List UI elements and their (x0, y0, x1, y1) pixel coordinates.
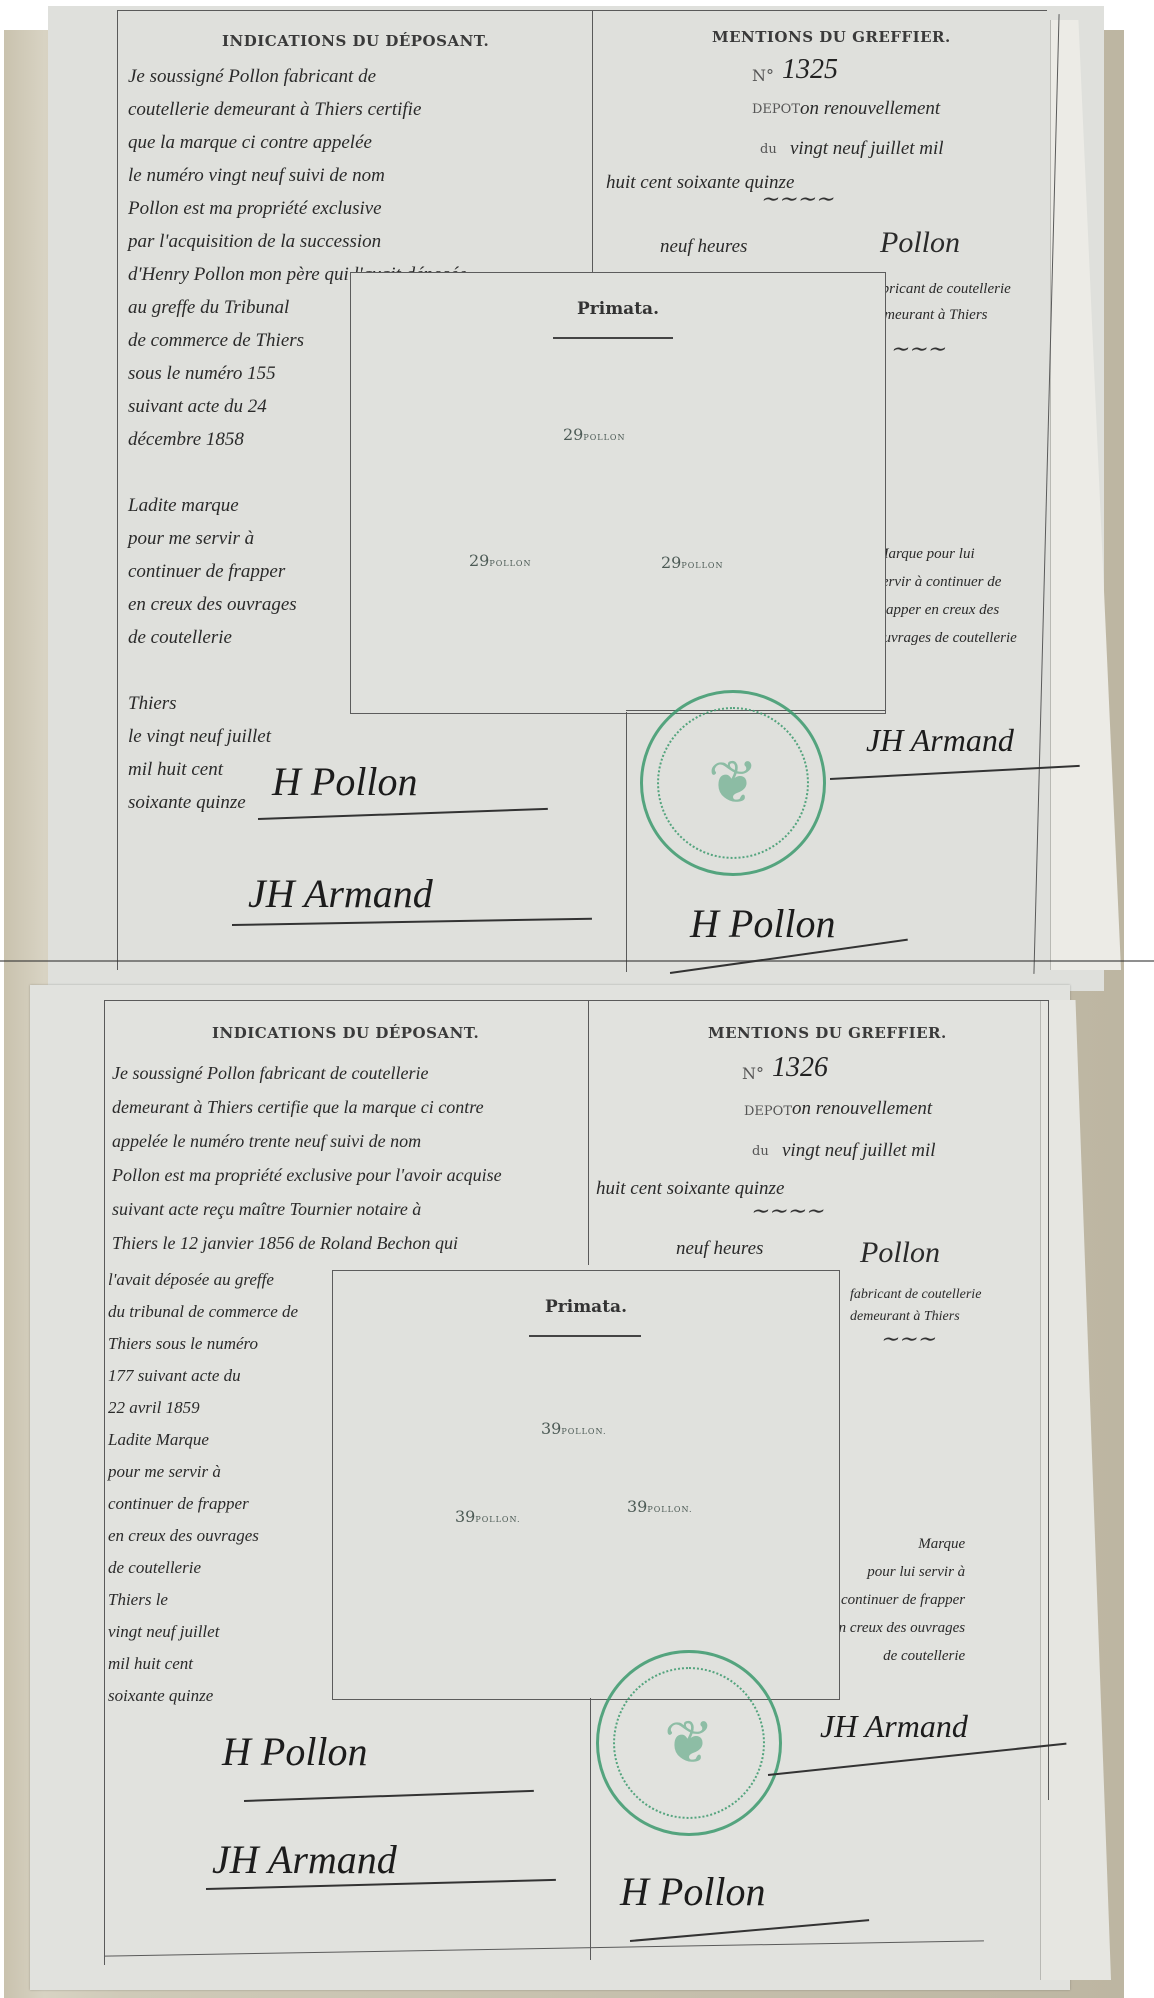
handwritten-line: Thiers le 12 janvier 1856 de Roland Bech… (112, 1226, 502, 1260)
handwritten-line: appelée le numéro trente neuf suivi de n… (112, 1124, 502, 1158)
handwritten-line: le vingt neuf juillet (128, 720, 467, 753)
title-rule (529, 1335, 641, 1337)
handwritten-line: Thiers sous le numéro (108, 1328, 298, 1360)
clerk-header: MENTIONS DU GREFFIER. (712, 28, 951, 46)
handwritten-line: Je soussigné Pollon fabricant de coutell… (112, 1056, 502, 1090)
depositor-name: Pollon (860, 1236, 940, 1269)
flourish: ∼∼∼∼ (750, 1198, 824, 1224)
handwritten-line: Je soussigné Pollon fabricant de (128, 60, 467, 93)
depositor-header: INDICATIONS DU DÉPOSANT. (222, 32, 489, 50)
handwritten-line: mil huit cent (108, 1648, 298, 1680)
depositor-signature-2: H Pollon (690, 900, 836, 947)
court-seal: ❦ (596, 1650, 782, 1836)
entry-number: 1325 (782, 54, 838, 86)
handwritten-line: le numéro vingt neuf suivi de nom (128, 159, 467, 192)
handwritten-line: en creux des ouvrages (832, 1614, 965, 1642)
handwritten-line: de coutellerie (832, 1642, 965, 1670)
deposit-time: neuf heures (660, 230, 747, 263)
handwritten-line: Marque pour lui (876, 540, 1017, 568)
column-divider (592, 10, 593, 272)
clerk-header: MENTIONS DU GREFFIER. (708, 1024, 947, 1042)
depot-label: DEPOT (744, 1104, 792, 1119)
depot-label: DEPOT (752, 102, 800, 117)
handwritten-line: demeurant à Thiers (850, 1306, 981, 1328)
handwritten-line: Thiers le (108, 1584, 298, 1616)
mark-use-note: Marquepour lui servir àcontinuer de frap… (832, 1530, 965, 1670)
handwritten-line: continuer de frapper (832, 1586, 965, 1614)
clerk-signature: JH Armand (212, 1836, 397, 1883)
stamped-mark-left: 29POLLON (469, 551, 531, 570)
entry-number: 1326 (772, 1052, 828, 1084)
top-rule (104, 1000, 1049, 1001)
handwritten-line: pour me servir à (108, 1456, 298, 1488)
handwritten-line: demeurant à Thiers certifie que la marqu… (112, 1090, 502, 1124)
seal-emblem-icon: ❦ (708, 748, 758, 818)
column-divider (590, 1698, 591, 1960)
handwritten-line: continuer de frapper (108, 1488, 298, 1520)
stamped-mark-left: 39POLLON. (455, 1507, 521, 1526)
column-border (117, 10, 118, 970)
date-du-label: du (760, 142, 777, 157)
flourish: ∼∼∼∼ (760, 186, 834, 212)
handwritten-line: suivant acte reçu maître Tournier notair… (112, 1192, 502, 1226)
handwritten-line: Ladite Marque (108, 1424, 298, 1456)
handwritten-line: coutellerie demeurant à Thiers certifie (128, 93, 467, 126)
date-du-label: du (752, 1144, 769, 1159)
handwritten-line: du tribunal de commerce de (108, 1296, 298, 1328)
clerk-signature-2: JH Armand (866, 722, 1014, 759)
depositor-signature: H Pollon (222, 1728, 368, 1775)
flourish: ∼∼∼ (880, 1326, 935, 1352)
stamped-mark-top: 29POLLON (563, 425, 625, 444)
depositor-signature-2: H Pollon (620, 1868, 766, 1915)
clerk-signature: JH Armand (248, 870, 433, 917)
deposit-time: neuf heures (676, 1232, 763, 1265)
top-rule (117, 10, 1047, 11)
depositor-description: fabricant de coutelleriedemeurant à Thie… (870, 276, 1011, 328)
trademark-box: Primata. 39POLLON. 39POLLON. 39POLLON. (332, 1270, 840, 1700)
handwritten-line: par l'acquisition de la succession (128, 225, 467, 258)
depositor-name: Pollon (880, 226, 960, 259)
depot-text: on renouvellement (800, 92, 940, 125)
mark-class-title: Primata. (351, 299, 885, 319)
handwritten-line: de coutellerie (108, 1552, 298, 1584)
title-rule (553, 337, 673, 339)
mark-class-title: Primata. (333, 1297, 839, 1317)
handwritten-line: en creux des ouvrages (108, 1520, 298, 1552)
handwritten-line: l'avait déposée au greffe (108, 1264, 298, 1296)
depositor-header: INDICATIONS DU DÉPOSANT. (212, 1024, 479, 1042)
date-line-1: vingt neuf juillet mil (790, 132, 944, 165)
trademark-box: Primata. 29POLLON 29POLLON 29POLLON (350, 272, 886, 714)
handwritten-line: demeurant à Thiers (870, 302, 1011, 328)
seal-emblem-icon: ❦ (664, 1708, 714, 1778)
column-border (1048, 1000, 1049, 1800)
clerk-signature-2: JH Armand (820, 1708, 968, 1745)
depositor-description: fabricant de coutelleriedemeurant à Thie… (850, 1284, 981, 1328)
handwritten-line: frapper en creux des (876, 596, 1017, 624)
stamped-mark-right: 29POLLON (661, 553, 723, 572)
flourish: ∼∼∼ (890, 336, 945, 362)
number-label: N° (752, 66, 774, 85)
stamped-mark-right: 39POLLON. (627, 1497, 693, 1516)
mark-use-note: Marque pour luiservir à continuer defrap… (876, 540, 1017, 652)
depositor-declaration-wide: Je soussigné Pollon fabricant de coutell… (112, 1056, 502, 1260)
depot-text: on renouvellement (792, 1092, 932, 1125)
depositor-declaration: l'avait déposée au greffedu tribunal de … (108, 1264, 298, 1712)
column-border (104, 1000, 105, 1965)
handwritten-line: Pollon est ma propriété exclusive (128, 192, 467, 225)
court-seal: ❦ (640, 690, 826, 876)
number-label: N° (742, 1064, 764, 1083)
stamped-mark-top: 39POLLON. (541, 1419, 607, 1438)
handwritten-line: Marque (832, 1530, 965, 1558)
handwritten-line: servir à continuer de (876, 568, 1017, 596)
page-fold (0, 960, 1154, 962)
column-divider (588, 1000, 589, 1265)
handwritten-line: soixante quinze (108, 1680, 298, 1712)
depositor-signature: H Pollon (272, 758, 418, 805)
handwritten-line: vingt neuf juillet (108, 1616, 298, 1648)
column-divider (626, 712, 627, 972)
handwritten-line: fabricant de coutellerie (850, 1284, 981, 1306)
handwritten-line: Pollon est ma propriété exclusive pour l… (112, 1158, 502, 1192)
date-line-1: vingt neuf juillet mil (782, 1134, 936, 1167)
handwritten-line: que la marque ci contre appelée (128, 126, 467, 159)
handwritten-line: 177 suivant acte du (108, 1360, 298, 1392)
handwritten-line: pour lui servir à (832, 1558, 965, 1586)
handwritten-line: ouvrages de coutellerie (876, 624, 1017, 652)
handwritten-line: 22 avril 1859 (108, 1392, 298, 1424)
handwritten-line: fabricant de coutellerie (870, 276, 1011, 302)
